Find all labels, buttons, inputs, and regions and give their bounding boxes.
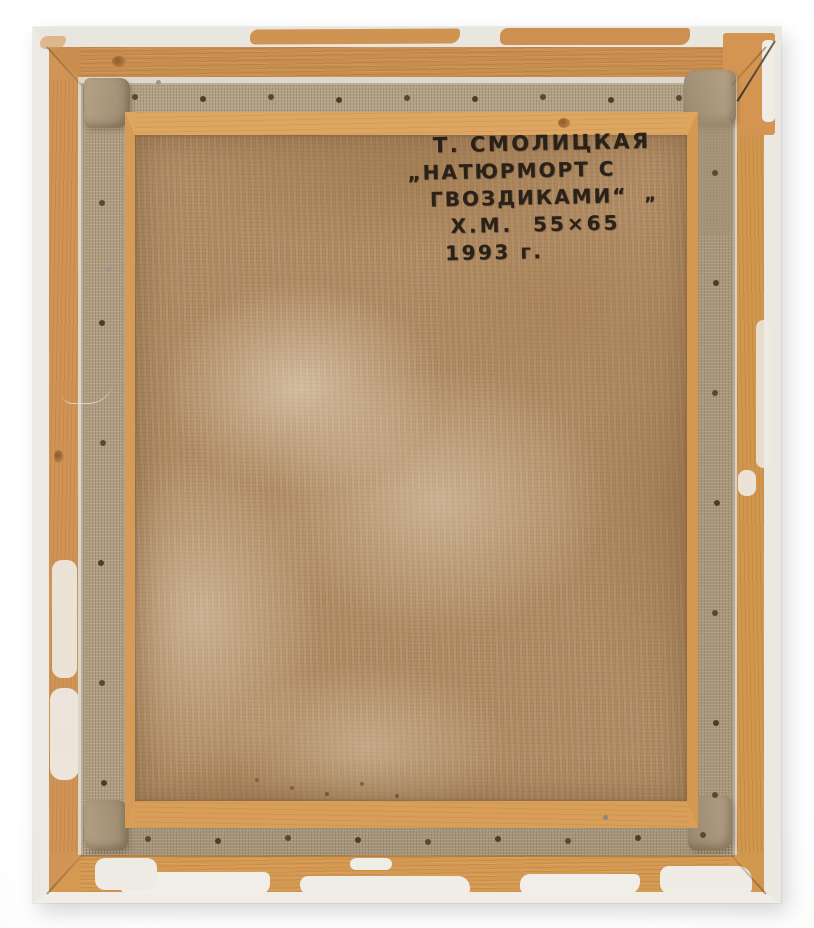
worn-paint-patch [250, 28, 460, 44]
canvas-corner-fold [84, 78, 130, 128]
canvas-corner-fold [695, 118, 733, 236]
white-paint-patch [95, 858, 157, 890]
wood-knot [558, 118, 570, 128]
canvas-corner-fold [84, 800, 128, 850]
burlap-weave-overlay [83, 828, 733, 855]
white-paint-patch [520, 874, 640, 894]
burlap-weave-overlay [83, 85, 733, 112]
inscription-year: 1993 г. [445, 235, 694, 267]
inscription-stray-quote-mark: „ [643, 184, 656, 206]
burlap-weave-overlay [83, 85, 125, 855]
white-paint-patch [300, 876, 470, 895]
white-paint-patch [52, 560, 77, 678]
wood-grain-overlay [135, 801, 687, 828]
photo-painting-back: Т. СМОЛИЦКАЯ „НАТЮРМОРТ С ГВОЗДИКАМИ“ Х.… [0, 0, 814, 928]
white-paint-patch [660, 866, 752, 894]
worn-paint-patch [500, 28, 690, 45]
canvas-tack-dots [132, 94, 138, 100]
wood-grain-overlay [80, 47, 730, 77]
wood-knot [112, 56, 126, 67]
wood-knot [54, 450, 63, 463]
canvas-speck-dots [255, 778, 259, 782]
nail-dots [156, 80, 161, 85]
white-paint-patch [756, 320, 771, 468]
white-paint-patch [738, 470, 756, 496]
white-paint-patch [350, 858, 392, 870]
white-paint-patch [50, 688, 79, 780]
